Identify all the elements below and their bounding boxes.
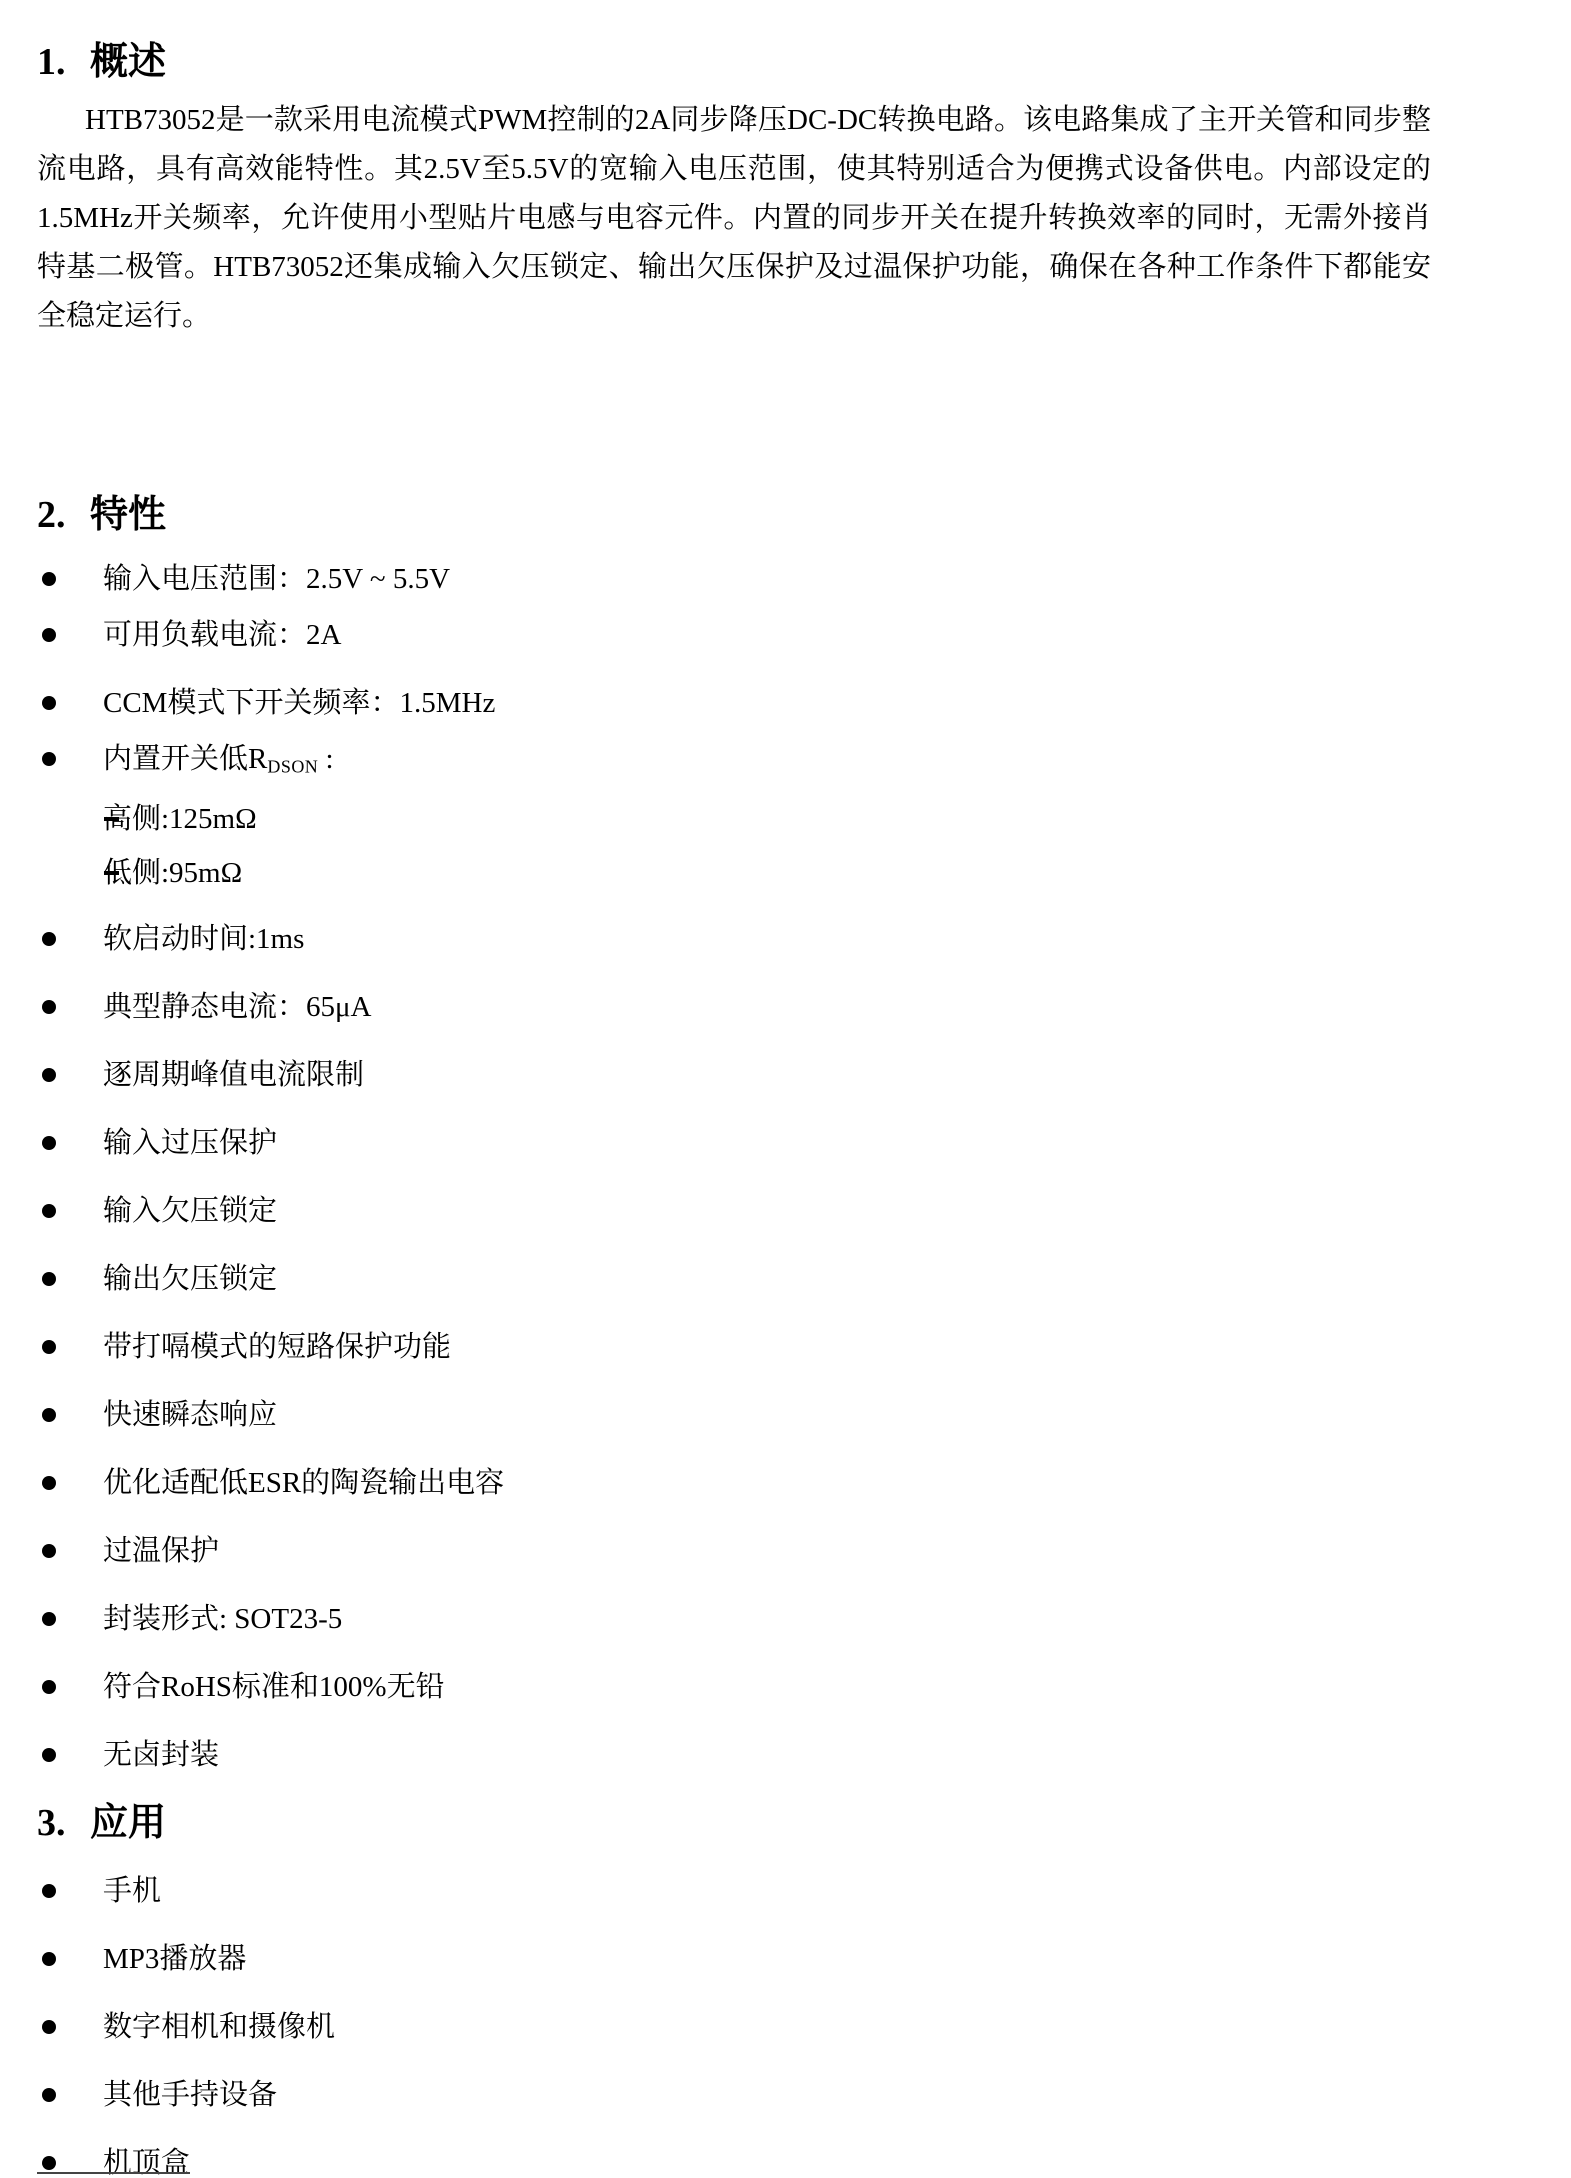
feature-item-label: 输入电压范围：2.5V ~ 5.5V: [103, 563, 450, 595]
bullet-icon: [42, 696, 56, 710]
bullet-icon: [42, 1272, 56, 1286]
feature-item-label: 输入过压保护: [103, 1127, 277, 1159]
feature-item: 软启动时间:1ms: [0, 923, 1571, 955]
feature-item: 输出欠压锁定: [0, 1263, 1571, 1295]
feature-item: 过温保护: [0, 1535, 1571, 1567]
rdson-prefix: 内置开关低R: [103, 743, 267, 775]
feature-item-label: 无卤封装: [103, 1739, 219, 1771]
feature-item: 快速瞬态响应: [0, 1399, 1571, 1431]
application-item: 机顶盒: [0, 2147, 1571, 2178]
feature-item-label: 封装形式: SOT23-5: [103, 1603, 342, 1635]
section-applications: 3. 应用 手机 MP3播放器 数字相机和摄像机 其他手持设备 机顶盒: [0, 1797, 1571, 2178]
bullet-icon: [42, 1612, 56, 1626]
feature-item-label: 软启动时间:1ms: [103, 923, 304, 955]
feature-item-rdson: 内置开关低RDSON :: [0, 743, 1571, 775]
dash-icon: [104, 817, 119, 821]
feature-sub-item: 低侧:95mΩ: [0, 857, 1571, 889]
section-features: 2. 特性 输入电压范围：2.5V ~ 5.5V 可用负载电流：2A CCM模式…: [0, 489, 1571, 1771]
bullet-icon: [42, 1136, 56, 1150]
bullet-icon: [42, 932, 56, 946]
feature-item-label: 逐周期峰值电流限制: [103, 1059, 364, 1091]
feature-item: 优化适配低ESR的陶瓷输出电容: [0, 1467, 1571, 1499]
feature-item: 封装形式: SOT23-5: [0, 1603, 1571, 1635]
applications-section-title: 应用: [90, 1797, 166, 1849]
application-item: 其他手持设备: [0, 2079, 1571, 2111]
feature-item: 可用负载电流：2A: [0, 619, 1571, 651]
feature-item-label: 优化适配低ESR的陶瓷输出电容: [103, 1467, 504, 1499]
dash-icon: [104, 871, 119, 875]
feature-item: CCM模式下开关频率：1.5MHz: [0, 687, 1571, 719]
bullet-icon: [42, 572, 56, 586]
feature-item-label: 输入欠压锁定: [103, 1195, 277, 1227]
feature-item-label: 输出欠压锁定: [103, 1263, 277, 1295]
feature-item: 逐周期峰值电流限制: [0, 1059, 1571, 1091]
application-item-label: 其他手持设备: [103, 2079, 277, 2111]
bullet-icon: [42, 1340, 56, 1354]
applications-section-number: 3.: [37, 1797, 90, 1849]
feature-item-label: 符合RoHS标准和100%无铅: [103, 1671, 445, 1703]
features-section-number: 2.: [37, 489, 90, 541]
overview-heading: 1. 概述: [0, 0, 1571, 88]
datasheet-page: 1. 概述 HTB73052是一款采用电流模式PWM控制的2A同步降压DC-DC…: [0, 0, 1571, 2178]
footnote-rule: [37, 2172, 190, 2174]
feature-item: 输入电压范围：2.5V ~ 5.5V: [0, 563, 1571, 595]
overview-section-title: 概述: [90, 36, 166, 88]
application-item-label: 手机: [103, 1875, 161, 1907]
bullet-icon: [42, 1680, 56, 1694]
bullet-icon: [42, 2088, 56, 2102]
bullet-icon: [42, 628, 56, 642]
section-overview: 1. 概述 HTB73052是一款采用电流模式PWM控制的2A同步降压DC-DC…: [0, 0, 1571, 341]
application-item-label: 数字相机和摄像机: [103, 2011, 335, 2043]
feature-item: 典型静态电流：65μA: [0, 991, 1571, 1023]
feature-item-label: 可用负载电流：2A: [103, 619, 341, 651]
bullet-icon: [42, 2020, 56, 2034]
bullet-icon: [42, 1408, 56, 1422]
application-item: 数字相机和摄像机: [0, 2011, 1571, 2043]
application-item: 手机: [0, 1875, 1571, 1907]
overview-section-number: 1.: [37, 36, 90, 88]
feature-item: 输入过压保护: [0, 1127, 1571, 1159]
bullet-icon: [42, 1952, 56, 1966]
bullet-icon: [42, 2156, 56, 2170]
bullet-icon: [42, 1544, 56, 1558]
bullet-icon: [42, 1000, 56, 1014]
bullet-icon: [42, 1748, 56, 1762]
features-list: 输入电压范围：2.5V ~ 5.5V 可用负载电流：2A CCM模式下开关频率：…: [0, 563, 1571, 1771]
bullet-icon: [42, 1884, 56, 1898]
feature-item: 无卤封装: [0, 1739, 1571, 1771]
bullet-icon: [42, 1476, 56, 1490]
features-section-title: 特性: [90, 489, 166, 541]
feature-sub-item-label: 高侧:125mΩ: [103, 803, 257, 835]
bullet-icon: [42, 1204, 56, 1218]
feature-item-label: 典型静态电流：65μA: [103, 991, 372, 1023]
application-item-label: MP3播放器: [103, 1943, 246, 1975]
feature-item-label: 过温保护: [103, 1535, 219, 1567]
feature-item-label: 带打嗝模式的短路保护功能: [103, 1331, 451, 1363]
feature-sub-item-label: 低侧:95mΩ: [103, 857, 242, 889]
features-heading: 2. 特性: [0, 489, 1571, 541]
application-item: MP3播放器: [0, 1943, 1571, 1975]
rdson-suffix: :: [318, 743, 333, 775]
feature-item-label: CCM模式下开关频率：1.5MHz: [103, 687, 495, 719]
overview-paragraph: HTB73052是一款采用电流模式PWM控制的2A同步降压DC-DC转换电路。该…: [37, 96, 1431, 341]
feature-item: 符合RoHS标准和100%无铅: [0, 1671, 1571, 1703]
applications-list: 手机 MP3播放器 数字相机和摄像机 其他手持设备 机顶盒: [0, 1875, 1571, 2178]
bullet-icon: [42, 752, 56, 766]
feature-item: 带打嗝模式的短路保护功能: [0, 1331, 1571, 1363]
feature-item-label: 快速瞬态响应: [103, 1399, 277, 1431]
bullet-icon: [42, 1068, 56, 1082]
rdson-subscript: DSON: [267, 756, 318, 776]
feature-item: 输入欠压锁定: [0, 1195, 1571, 1227]
applications-heading: 3. 应用: [0, 1797, 1571, 1849]
feature-sub-item: 高侧:125mΩ: [0, 803, 1571, 835]
